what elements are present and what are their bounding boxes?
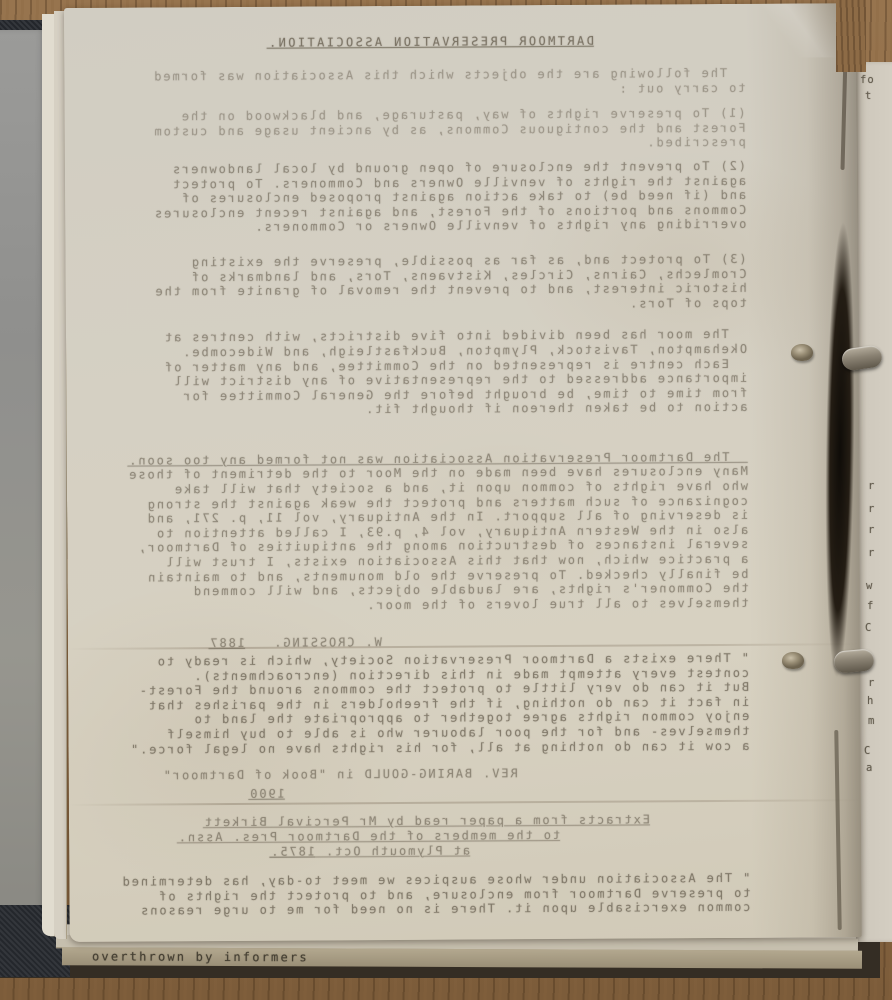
object-1-paragraph: (1) To preserve rights of way, pasturage… bbox=[116, 106, 746, 154]
crossing-paragraph: The Dartmoor Preservation Association wa… bbox=[118, 450, 749, 614]
crossing-signature: W. CROSSING. 1887 bbox=[119, 620, 455, 637]
extracts-header: Extracts from a paper read by Mr Perciva… bbox=[120, 812, 750, 860]
adjacent-page-fragment: r bbox=[868, 547, 875, 559]
extracts-place: at Plymouth Oct. bbox=[315, 843, 470, 858]
adjacent-page-fragment: h bbox=[867, 695, 874, 707]
brass-fastener-head bbox=[791, 344, 813, 361]
lower-page-edge-text: overthrown by informers bbox=[92, 949, 309, 964]
signature-gap bbox=[245, 636, 272, 650]
adjacent-page-fragment: r bbox=[868, 677, 875, 689]
grey-interleaf-sheet bbox=[0, 30, 46, 918]
lower-page-edge: overthrown by informers bbox=[62, 947, 862, 968]
photo-of-binder-page: fo t r r r r w f C " r h m C a overthrow… bbox=[0, 0, 892, 1000]
mirrored-typewritten-text: DARTMOOR PRESERVATION ASSOCIATION. The f… bbox=[64, 3, 862, 942]
adjacent-page-fragment: fo bbox=[860, 74, 875, 86]
wood-between-pages bbox=[836, 0, 866, 72]
extracts-year: 1875. bbox=[269, 844, 315, 858]
brass-fastener-head bbox=[782, 652, 804, 669]
society-quote-paragraph: " There exists a Dartmoor Preservation S… bbox=[119, 651, 750, 757]
signature-year: 1887 bbox=[208, 636, 245, 650]
intro-paragraph: The following are the objects which this… bbox=[115, 66, 745, 99]
extracts-line-3: at Plymouth Oct. 1875. bbox=[120, 843, 470, 860]
page-title: DARTMOOR PRESERVATION ASSOCIATION. bbox=[115, 32, 745, 52]
districts-paragraph: The moor has been divided into five dist… bbox=[117, 327, 748, 418]
object-2-paragraph: (2) To prevent the enclosure of open gro… bbox=[116, 159, 746, 236]
adjacent-page-fragment: t bbox=[865, 90, 872, 102]
adjacent-page-fragment: C bbox=[865, 622, 872, 634]
association-paragraph: " The Association under whose auspices w… bbox=[120, 871, 750, 919]
adjacent-page-fragment: f bbox=[867, 600, 874, 612]
adjacent-page-fragment: m bbox=[868, 715, 875, 727]
adjacent-page-fragment: C bbox=[864, 745, 871, 757]
extracts-line-2: to the members of the Dartmoor Pres. Ass… bbox=[120, 828, 560, 845]
quote-year: 1900 bbox=[120, 786, 285, 802]
signature-name: W. CROSSING. bbox=[272, 635, 382, 650]
extracts-line-1: Extracts from a paper read by Mr Perciva… bbox=[120, 813, 650, 831]
object-3-paragraph: (3) To protect and, as far as possible, … bbox=[117, 252, 747, 314]
adjacent-page-fragment: w bbox=[866, 580, 873, 592]
document-page: DARTMOOR PRESERVATION ASSOCIATION. The f… bbox=[64, 3, 862, 942]
quote-attribution: REV. BARING-GOULD in "Book of Dartmoor" bbox=[120, 766, 518, 783]
adjacent-page-fragment: a bbox=[866, 762, 873, 774]
adjacent-page-fragment: r bbox=[868, 503, 875, 515]
adjacent-page-fragment: r bbox=[868, 480, 875, 492]
adjacent-page-fragment: r bbox=[868, 524, 875, 536]
